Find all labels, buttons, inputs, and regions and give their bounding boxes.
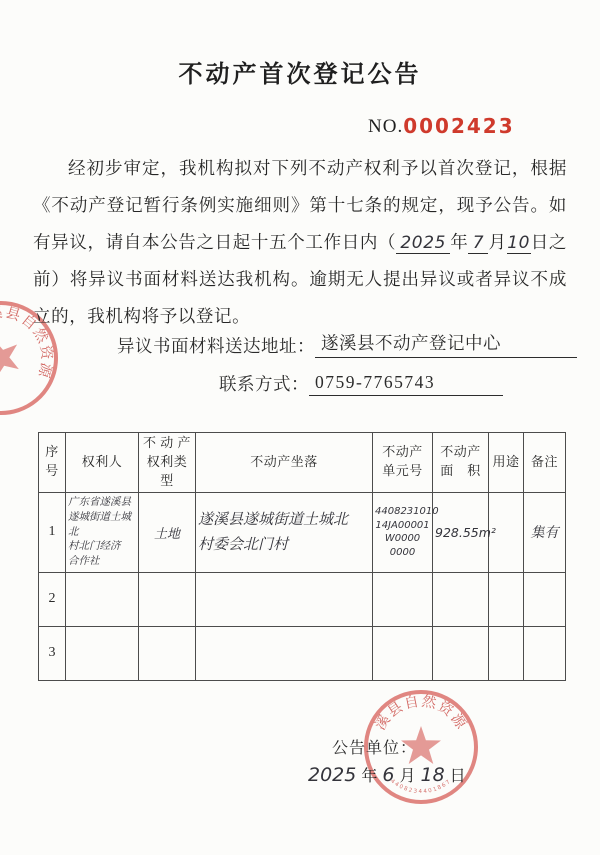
cell-seq: 2 [39,572,66,626]
col-header-usage: 用途 [489,433,524,493]
cell-owner: 广东省遂溪县 遂城街道土城北 村北门经济 合作社 [66,492,139,572]
cell-location [196,626,373,680]
month-label: 月 [488,232,506,252]
table-row: 1 广东省遂溪县 遂城街道土城北 村北门经济 合作社 土地 遂溪县遂城街道土城北… [39,492,566,572]
contact-line: 联系方式：0759-7765743 [219,371,503,396]
star-icon [0,329,30,384]
year-label: 年 [450,232,468,252]
cell-owner [66,572,139,626]
cell-area [433,626,489,680]
announcer-label: 公告单位： [332,735,417,758]
table-row: 2 [39,572,566,626]
cell-unit-no: 4408231010 14JA00001 W0000 0000 [373,492,433,572]
delivery-address-line: 异议书面材料送达地址：遂溪县不动产登记中心 [117,330,577,358]
delivery-address-label: 异议书面材料送达地址： [117,336,315,356]
serial-number-label: NO. [368,116,403,137]
cell-location: 遂溪县遂城街道土城北 村委会北门村 [196,492,373,572]
serial-number: NO.0002423 [368,114,515,138]
cell-usage [489,572,524,626]
cell-unit-no [373,626,433,680]
date-day-label: 日 [450,768,466,785]
col-header-seq: 序号 [39,433,66,493]
col-header-unit-no: 不动产 单元号 [373,433,433,493]
registration-table: 序号 权利人 不 动 产 权利类型 不动产坐落 不动产 单元号 不动产 面 积 … [38,432,566,681]
deadline-year-field: 2025 [396,233,450,254]
serial-number-value: 0002423 [403,114,514,138]
cell-seq: 1 [39,492,66,572]
cell-remark [524,572,566,626]
cell-area: 928.55m² [433,492,489,572]
date-month-label: 月 [399,768,415,785]
contact-label: 联系方式： [219,374,309,394]
col-header-location: 不动产坐落 [196,433,373,493]
date-year-value: 2025 [308,764,356,786]
deadline-month-field: 7 [468,233,488,254]
cell-unit-no [373,572,433,626]
deadline-day-field: 10 [507,233,531,254]
cell-owner [66,626,139,680]
cell-area [433,572,489,626]
col-header-remark: 备注 [524,433,566,493]
notice-paragraph: 经初步审定，我机构拟对下列不动产权利予以首次登记，根据《不动产登记暂行条例实施细… [33,150,567,335]
table-header-row: 序号 权利人 不 动 产 权利类型 不动产坐落 不动产 单元号 不动产 面 积 … [39,433,566,493]
cell-right-type [139,572,196,626]
col-header-area: 不动产 面 积 [433,433,489,493]
table-row: 3 [39,626,566,680]
cell-location [196,572,373,626]
seal-text: 遂溪县自然资源局 [356,682,470,733]
col-header-owner: 权利人 [66,433,139,493]
cell-right-type: 土地 [139,492,196,572]
date-day-value: 18 [420,764,444,786]
announcement-date: 2025年6月18日 [303,763,466,786]
page-title: 不动产首次登记公告 [0,54,600,89]
cell-remark: 集有 [524,492,566,572]
cell-right-type [139,626,196,680]
col-header-right-type: 不 动 产 权利类型 [139,433,196,493]
announcement-document: 遂溪县自然资源局 4408234401867 遂溪县自然资源局 44082344… [0,0,600,855]
delivery-address-value: 遂溪县不动产登记中心 [315,330,577,358]
cell-seq: 3 [39,626,66,680]
cell-usage [489,626,524,680]
contact-value: 0759-7765743 [309,372,503,396]
cell-remark [524,626,566,680]
date-year-label: 年 [361,768,377,785]
date-month-value: 6 [382,764,394,786]
